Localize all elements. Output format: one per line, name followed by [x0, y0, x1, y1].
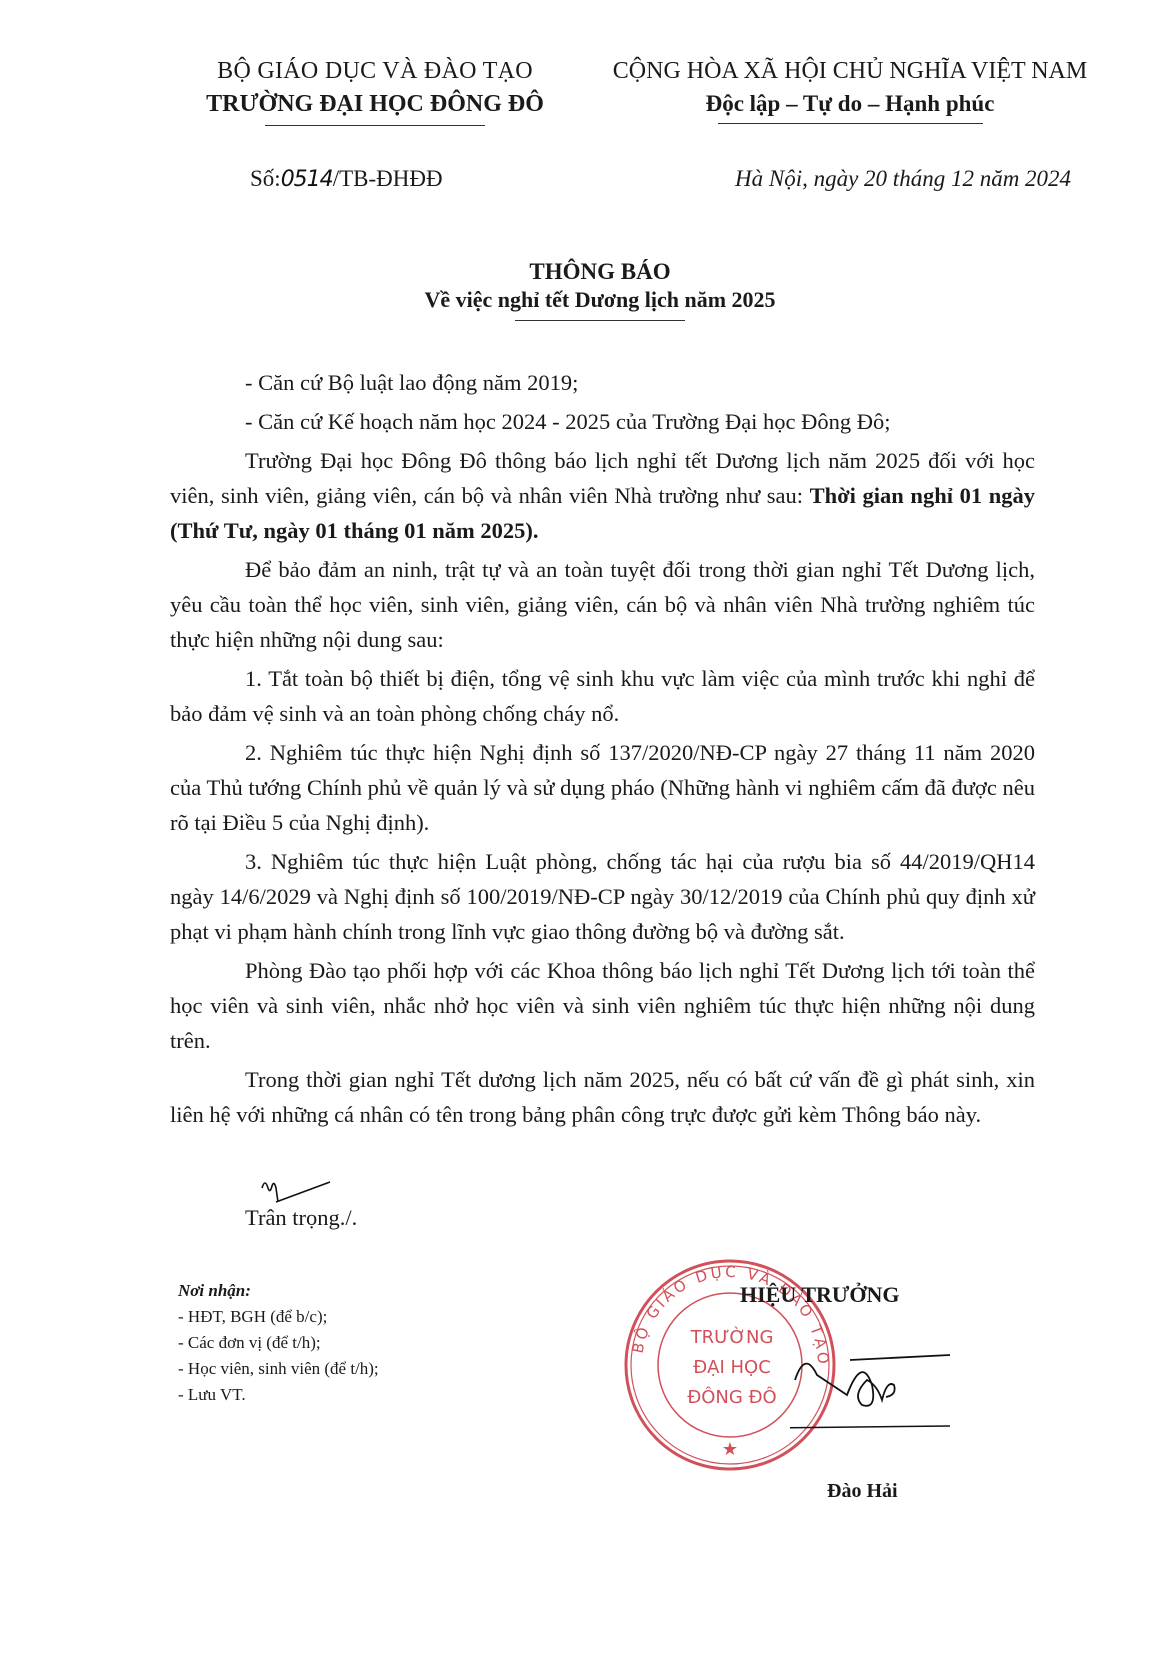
svg-text:ĐÔNG ĐÔ: ĐÔNG ĐÔ: [687, 1386, 776, 1408]
motto-underline: [718, 123, 983, 124]
recipient-item: - Học viên, sinh viên (để t/h);: [178, 1356, 379, 1382]
recipient-item: - HĐT, BGH (để b/c);: [178, 1304, 379, 1330]
school-name: TRƯỜNG ĐẠI HỌC ĐÔNG ĐÔ: [150, 87, 600, 121]
requirements-intro: Để bảo đảm an ninh, trật tự và an toàn t…: [170, 552, 1035, 657]
announcement-paragraph: Trường Đại học Đông Đô thông báo lịch ng…: [170, 443, 1035, 548]
svg-text:TRƯỜNG: TRƯỜNG: [690, 1326, 774, 1348]
document-number: Số:0514/TB-ĐHĐĐ: [250, 166, 443, 192]
closing-phrase: Trân trọng./.: [245, 1205, 357, 1231]
requirement-item-3: 3. Nghiêm túc thực hiện Luật phòng, chốn…: [170, 844, 1035, 949]
nation-name: CỘNG HÒA XÃ HỘI CHỦ NGHĨA VIỆT NAM: [580, 55, 1120, 87]
recipient-item: - Lưu VT.: [178, 1382, 379, 1408]
recipients-heading: Nơi nhận:: [178, 1278, 379, 1304]
national-motto: Độc lập – Tự do – Hạnh phúc: [580, 87, 1120, 121]
document-title: THÔNG BÁO Về việc nghỉ tết Dương lịch nă…: [150, 258, 1050, 321]
signatory-title: HIỆU TRƯỞNG: [740, 1282, 900, 1308]
title-subtitle: Về việc nghỉ tết Dương lịch năm 2025: [150, 286, 1050, 314]
place-date: Hà Nội, ngày 20 tháng 12 năm 2024: [735, 166, 1071, 192]
basis-1: - Căn cứ Bộ luật lao động năm 2019;: [170, 365, 1035, 400]
recipient-item: - Các đơn vị (để t/h);: [178, 1330, 379, 1356]
doc-no-handwritten: 0514: [281, 167, 333, 192]
requirement-item-1: 1. Tắt toàn bộ thiết bị điện, tổng vệ si…: [170, 661, 1035, 731]
title-main: THÔNG BÁO: [150, 258, 1050, 286]
ministry-name: BỘ GIÁO DỤC VÀ ĐÀO TẠO: [150, 55, 600, 87]
training-office-paragraph: Phòng Đào tạo phối hợp với các Khoa thôn…: [170, 953, 1035, 1058]
document-body: - Căn cứ Bộ luật lao động năm 2019; - Că…: [170, 365, 1035, 1132]
initials-mark-icon: [258, 1170, 338, 1210]
svg-text:★: ★: [722, 1439, 738, 1459]
doc-no-suffix: /TB-ĐHĐĐ: [333, 166, 443, 191]
contact-paragraph: Trong thời gian nghỉ Tết dương lịch năm …: [170, 1062, 1035, 1132]
national-header: CỘNG HÒA XÃ HỘI CHỦ NGHĨA VIỆT NAM Độc l…: [580, 55, 1120, 124]
header-underline: [265, 125, 485, 126]
basis-2: - Căn cứ Kế hoạch năm học 2024 - 2025 củ…: [170, 404, 1035, 439]
recipients-block: Nơi nhận: - HĐT, BGH (để b/c); - Các đơn…: [178, 1278, 379, 1408]
doc-no-prefix: Số:: [250, 166, 281, 191]
signatory-name: Đào Hải: [827, 1480, 898, 1503]
svg-text:ĐẠI HỌC: ĐẠI HỌC: [693, 1357, 771, 1378]
signature-icon: [790, 1320, 960, 1440]
requirement-item-2: 2. Nghiêm túc thực hiện Nghị định số 137…: [170, 735, 1035, 840]
issuer-header: BỘ GIÁO DỤC VÀ ĐÀO TẠO TRƯỜNG ĐẠI HỌC ĐÔ…: [150, 55, 600, 126]
title-underline: [515, 320, 685, 321]
